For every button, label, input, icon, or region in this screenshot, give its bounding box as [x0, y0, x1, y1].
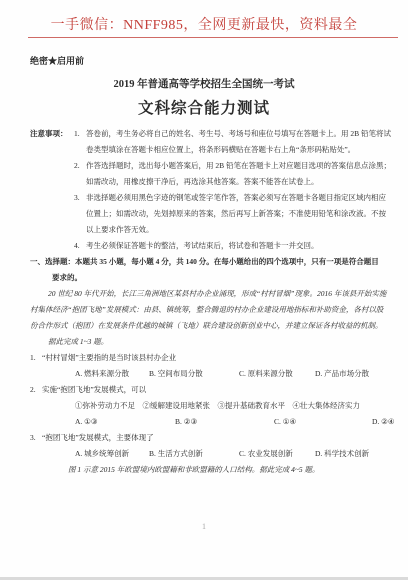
notice-item-line: 位置上；如需改动，先划掉原来的答案，然后再写上新答案；不准使用铅笔和涂改液。不按	[30, 206, 408, 222]
options-row: A. 城乡统筹创新 B. 生活方式创新 C. 农业发展创新 D. 科学技术创新	[30, 446, 408, 462]
question-number: 1.	[30, 350, 42, 366]
question-stem-text: “村村冒烟”主要指的是当时该县村办企业	[42, 353, 176, 362]
question-number: 2.	[30, 382, 42, 398]
notice-item-line: 如需改动，用橡皮擦干净后，再选涂其他答案。答案不能答在试卷上。	[30, 174, 408, 190]
question-block: 3.“抱团飞地”发展模式，主要体现了 A. 城乡统筹创新 B. 生活方式创新 C…	[30, 430, 408, 462]
question-stem: 3.“抱团飞地”发展模式，主要体现了	[30, 430, 408, 446]
page-number: 1	[0, 522, 408, 531]
option-d: D. 产品市场分散	[315, 366, 369, 382]
passage-line: 份合作形式（抱团）在发展条件优越的城镇（飞地）联合建设创新创业中心，并建立保证各…	[30, 318, 408, 334]
figure-note: 图 1 示意 2015 年欧盟境内欧盟籍和非欧盟籍的人口结构。据此完成 4~5 …	[30, 462, 408, 478]
notice-item: 4.考生必须保证答题卡的整洁，考试结束后，将试卷和答题卡一并交回。	[30, 238, 408, 254]
option-b: B. 空间布局分散	[149, 366, 239, 382]
option-c: C. 农业发展创新	[239, 446, 315, 462]
question-sub-options: ①弥补劳动力不足 ②缓解建设用地紧张 ③提升基础教育水平 ④壮大集体经济实力	[30, 398, 408, 414]
notice-item: 3.非选择题必须用黑色字迹的钢笔或签字笔作答，答案必须写在答题卡各题目指定区域内…	[30, 190, 408, 206]
section-heading-line: 要求的。	[30, 270, 408, 286]
option-d: D. ②④	[372, 414, 395, 430]
passage-line: 村集体经济“抱团飞地”发展模式：由县、镇统筹，整合腾退的村办企业建设用地指标和补…	[30, 302, 408, 318]
options-row: A. ①③ B. ②③ C. ①④ D. ②④	[30, 414, 408, 430]
passage: 20 世纪 80 年代开始，长江三角洲地区某县村办企业涌现，形成“村村冒烟”现象…	[30, 286, 408, 350]
notice-item-line: 作答选择题时，选出每小题答案后，用 2B 铅笔在答题卡上对应题目选项的答案信息点…	[86, 161, 391, 170]
option-a: A. 燃料来源分散	[75, 366, 149, 382]
notice-item-number: 1.	[74, 126, 86, 142]
option-b: B. ②③	[175, 414, 274, 430]
notice-label: 注意事项：	[30, 126, 74, 142]
question-number: 3.	[30, 430, 42, 446]
section-heading-line: 一、选择题：本题共 35 小题，每小题 4 分，共 140 分。在每小题给出的四…	[30, 254, 408, 270]
exam-paper-page: 一手微信：NNFF985，全网更新最快，资料最全 绝密★启用前 2019 年普通…	[0, 0, 408, 580]
question-stem: 2.实施“抱团飞地”发展模式，可以	[30, 382, 408, 398]
section-heading: 一、选择题：本题共 35 小题，每小题 4 分，共 140 分。在每小题给出的四…	[30, 254, 408, 286]
question-stem-text: “抱团飞地”发展模式，主要体现了	[42, 433, 154, 442]
document-body: 注意事项：1.答卷前，考生务必将自己的姓名、考生号、考场号和座位号填写在答题卡上…	[30, 126, 408, 478]
option-a: A. 城乡统筹创新	[75, 446, 149, 462]
notice-item-line: 非选择题必须用黑色字迹的钢笔或签字笔作答，答案必须写在答题卡各题目指定区域内相应	[86, 193, 386, 202]
option-d: D. 科学技术创新	[315, 446, 369, 462]
option-a: A. ①③	[75, 414, 175, 430]
question-stem: 1.“村村冒烟”主要指的是当时该县村办企业	[30, 350, 408, 366]
passage-line: 据此完成 1~3 题。	[30, 334, 408, 350]
notice-item-line: 卷类型填涂在答题卡相应位置上，将条形码横贴在答题卡右上角“条形码粘贴处”。	[30, 142, 408, 158]
notice-item-number: 3.	[74, 190, 86, 206]
question-block: 2.实施“抱团飞地”发展模式，可以 ①弥补劳动力不足 ②缓解建设用地紧张 ③提升…	[30, 382, 408, 430]
promo-banner: 一手微信：NNFF985，全网更新最快，资料最全	[0, 0, 408, 34]
notice-item-line: 以上要求作答无效。	[30, 222, 408, 238]
options-row: A. 燃料来源分散 B. 空间布局分散 C. 原料来源分散 D. 产品市场分散	[30, 366, 408, 382]
option-c: C. 原料来源分散	[239, 366, 315, 382]
notice-item: 注意事项：1.答卷前，考生务必将自己的姓名、考生号、考场号和座位号填写在答题卡上…	[30, 126, 408, 142]
notice-section: 注意事项：1.答卷前，考生务必将自己的姓名、考生号、考场号和座位号填写在答题卡上…	[30, 126, 408, 254]
question-stem-text: 实施“抱团飞地”发展模式，可以	[42, 385, 146, 394]
passage-line: 20 世纪 80 年代开始，长江三角洲地区某县村办企业涌现，形成“村村冒烟”现象…	[30, 286, 408, 302]
subject-title: 文科综合能力测试	[0, 96, 408, 118]
option-b: B. 生活方式创新	[149, 446, 239, 462]
notice-item-line: 答卷前，考生务必将自己的姓名、考生号、考场号和座位号填写在答题卡上。用 2B 铅…	[86, 129, 391, 138]
exam-title: 2019 年普通高等学校招生全国统一考试	[0, 76, 408, 91]
notice-item-number: 4.	[74, 238, 86, 254]
notice-item-number: 2.	[74, 158, 86, 174]
question-block: 1.“村村冒烟”主要指的是当时该县村办企业 A. 燃料来源分散 B. 空间布局分…	[30, 350, 408, 382]
red-divider	[28, 37, 398, 38]
notice-item-line: 考生必须保证答题卡的整洁，考试结束后，将试卷和答题卡一并交回。	[86, 241, 319, 250]
classification-label: 绝密★启用前	[30, 54, 408, 67]
option-c: C. ①④	[274, 414, 372, 430]
notice-item: 2.作答选择题时，选出每小题答案后，用 2B 铅笔在答题卡上对应题目选项的答案信…	[30, 158, 408, 174]
